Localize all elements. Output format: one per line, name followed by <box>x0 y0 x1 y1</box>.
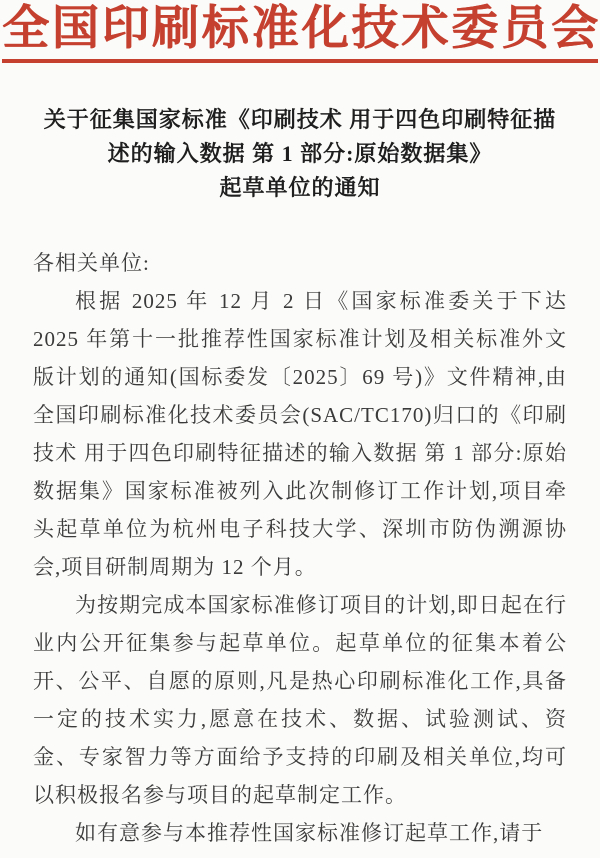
document-title-line-2: 述的输入数据 第 1 部分:原始数据集》 <box>28 137 572 171</box>
document-body: 各相关单位: 根据 2025 年 12 月 2 日《国家标准委关于下达 2025… <box>33 244 567 852</box>
body-paragraph-1: 根据 2025 年 12 月 2 日《国家标准委关于下达 2025 年第十一批推… <box>33 282 567 586</box>
letterhead: 全国印刷标准化技术委员会 <box>0 0 600 63</box>
body-paragraph-3: 如有意参与本推荐性国家标准修订起草工作,请于 <box>33 814 567 852</box>
body-paragraph-2: 为按期完成本国家标准修订项目的计划,即日起在行业内公开征集参与起草单位。起草单位… <box>33 586 567 814</box>
salutation: 各相关单位: <box>33 244 567 282</box>
document-title-line-3: 起草单位的通知 <box>28 171 572 205</box>
notice-document: 全国印刷标准化技术委员会 关于征集国家标准《印刷技术 用于四色印刷特征描 述的输… <box>0 0 600 858</box>
letterhead-org-name: 全国印刷标准化技术委员会 <box>2 2 598 56</box>
letterhead-divider-rule <box>2 59 598 63</box>
document-title: 关于征集国家标准《印刷技术 用于四色印刷特征描 述的输入数据 第 1 部分:原始… <box>28 103 572 205</box>
document-title-line-1: 关于征集国家标准《印刷技术 用于四色印刷特征描 <box>28 103 572 137</box>
